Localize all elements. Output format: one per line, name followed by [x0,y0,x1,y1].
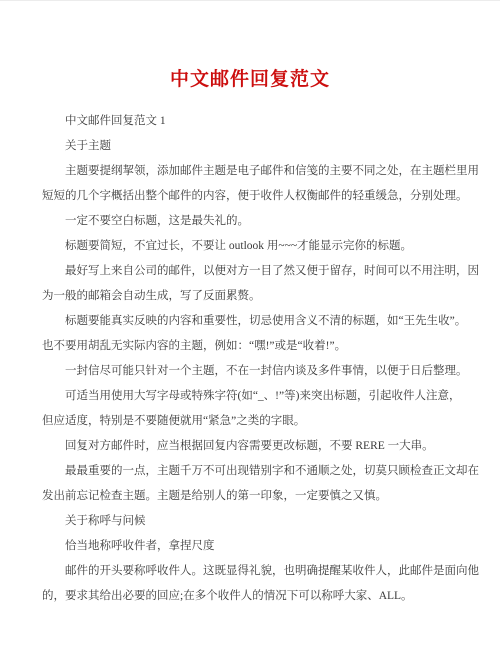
text-line: 一封信尽可能只针对一个主题，不在一封信内谈及多件事情，以便于日后整理。 [42,359,466,384]
text-line: 标题要能真实反映的内容和重要性，切忌使用含义不清的标题，如“王先生收”。 [42,309,466,334]
document-body: 中文邮件回复范文 1 关于主题 主题要提纲挈领，添加邮件主题是电子邮件和信笺的主… [42,109,466,609]
text-line: 可适当用使用大写字母或特殊字符(如“_、!”等)来突出标题，引起收件人注意， [42,384,466,409]
text-line: 邮件的开头要称呼收件人。这既显得礼貌，也明确提醒某收件人，此邮件是面向他 [42,559,466,584]
text-line: 一定不要空白标题，这是最失礼的。 [42,209,466,234]
text-line: 回复对方邮件时，应当根据回复内容需要更改标题，不要 RERE 一大串。 [42,434,466,459]
text-line: 最最重要的一点，主题千万不可出现错别字和不通顺之处，切莫只顾检查正文却在 [42,459,466,484]
text-line: 标题要简短，不宜过长，不要让 outlook 用~~~才能显示完你的标题。 [42,234,466,259]
document-title: 中文邮件回复范文 [0,70,500,89]
text-line: 的，要求其给出必要的回应;在多个收件人的情况下可以称呼大家、ALL。 [42,584,466,609]
text-line: 为一般的邮箱会自动生成，写了反面累赘。 [42,284,466,309]
text-line: 也不要用胡乱无实际内容的主题，例如：“嘿!”或是“收着!”。 [42,334,466,359]
text-line: 短短的几个字概括出整个邮件的内容，便于收件人权衡邮件的轻重缓急，分别处理。 [42,184,466,209]
text-line: 但应适度，特别是不要随便就用“紧急”之类的字眼。 [42,409,466,434]
text-line: 最好写上来自公司的邮件，以便对方一目了然又便于留存，时间可以不用注明，因 [42,259,466,284]
text-line: 主题要提纲挈领，添加邮件主题是电子邮件和信笺的主要不同之处，在主题栏里用 [42,159,466,184]
text-line: 恰当地称呼收件者，拿捏尺度 [42,534,466,559]
document-page: 中文邮件回复范文 中文邮件回复范文 1 关于主题 主题要提纲挈领，添加邮件主题是… [0,0,500,648]
text-line: 中文邮件回复范文 1 [42,109,466,134]
text-line: 发出前忘记检查主题。主题是给别人的第一印象，一定要慎之又慎。 [42,484,466,509]
text-line: 关于主题 [42,134,466,159]
text-line: 关于称呼与问候 [42,509,466,534]
